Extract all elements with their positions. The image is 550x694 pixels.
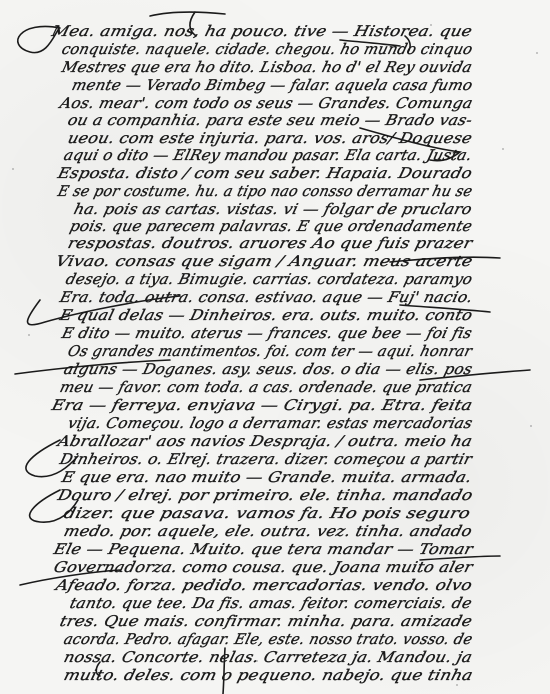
manuscript-line: Mea. amiga. nos, ha pouco. tive — Histor…	[50, 23, 474, 40]
paper-speck	[12, 168, 14, 170]
manuscript-line: pois. que parecem palavras. E que ordena…	[68, 218, 474, 235]
manuscript-page: Mea. amiga. nos, ha pouco. tive — Histor…	[0, 0, 550, 694]
manuscript-line: Vivao. consas que sigam / Anguar. meus a…	[54, 253, 475, 270]
manuscript-line: Afeado. forza. pedido. mercadorias. vend…	[54, 577, 474, 594]
manuscript-line: meu — favor. com toda. a cas. ordenade. …	[58, 379, 474, 396]
manuscript-line: Era — ferreya. envjava — Cirygi. pa. Etr…	[50, 397, 474, 414]
manuscript-line: tres. Que mais. confirmar. minha. para. …	[58, 613, 474, 630]
paper-speck	[456, 684, 458, 686]
manuscript-line: mente — Verado Bimbeg — falar. aquela ca…	[70, 77, 474, 94]
manuscript-line: desejo. a tiya. Bimugie. carrias. cordat…	[64, 271, 474, 288]
manuscript-line: aqui o dito — ElRey mandou pasar. Ela ca…	[62, 147, 474, 164]
paper-speck	[536, 52, 538, 54]
manuscript-line: respostas. doutros. aruores Ao que fuis …	[66, 235, 474, 252]
manuscript-line: Governadorza. como cousa. que. Joana mui…	[52, 559, 475, 576]
manuscript-line: Os grandes mantimentos. foi. com ter — a…	[66, 343, 474, 360]
manuscript-line: Mestres que era ho dito. Lisboa. ho d' e…	[60, 59, 474, 76]
manuscript-line: vija. Começou. logo a derramar. estas me…	[66, 415, 474, 432]
manuscript-line: acorda. Pedro. afagar. Ele, este. nosso …	[62, 631, 474, 648]
paper-speck	[530, 425, 532, 427]
manuscript-line: conquiste. naquele. cidade. chegou. ho m…	[60, 41, 474, 58]
manuscript-line: medo. por. aquele, ele. outra. vez. tinh…	[62, 523, 474, 540]
manuscript-line: Esposta. disto / com seu saber. Hapaia. …	[56, 165, 474, 182]
manuscript-line: tanto. que tee. Da fis. amas. feitor. co…	[68, 595, 474, 612]
manuscript-line: E qual delas — Dinheiros. era. outs. mui…	[58, 307, 474, 324]
manuscript-line: E que era. nao muito — Grande. muita. ar…	[60, 469, 474, 486]
manuscript-line: Abrallozar' aos navios Despraja. / outra…	[56, 433, 474, 450]
manuscript-line: ueou. com este injuria. para. vos. aros/…	[66, 130, 474, 147]
manuscript-line: nossa. Concorte. nelas. Carreteza ja. Ma…	[62, 649, 474, 666]
manuscript-line: ou a companhia. para este seu meio — Bra…	[66, 112, 474, 129]
paper-speck	[502, 148, 504, 150]
manuscript-line: Douro / elrej. por primeiro. ele. tinha.…	[56, 487, 475, 504]
manuscript-line: dizer. que pasava. vamos fa. Ho pois seg…	[62, 505, 472, 522]
manuscript-line: Ele — Pequena. Muito. que tera mandar — …	[52, 541, 475, 558]
manuscript-line: Aos. mear'. com todo os seus — Grandes. …	[58, 95, 475, 112]
manuscript-line: Dinheiros. o. Elrej. trazera. dizer. com…	[58, 451, 474, 468]
manuscript-line: E se por costume. hu. a tipo nao consso …	[56, 183, 474, 200]
manuscript-line: muito. deles. com o pequeno. nabejo. que…	[62, 667, 475, 684]
manuscript-line: alguns — Doganes. asy. seus. dos. o dia …	[62, 361, 474, 378]
manuscript-line: ha. pois as cartas. vistas. vi — folgar …	[72, 201, 474, 218]
paper-speck	[28, 334, 30, 336]
manuscript-line: E dito — muito. aterus — frances. que be…	[60, 325, 474, 342]
manuscript-line: Era. toda. outra. consa. estivao. aque —…	[58, 289, 475, 306]
